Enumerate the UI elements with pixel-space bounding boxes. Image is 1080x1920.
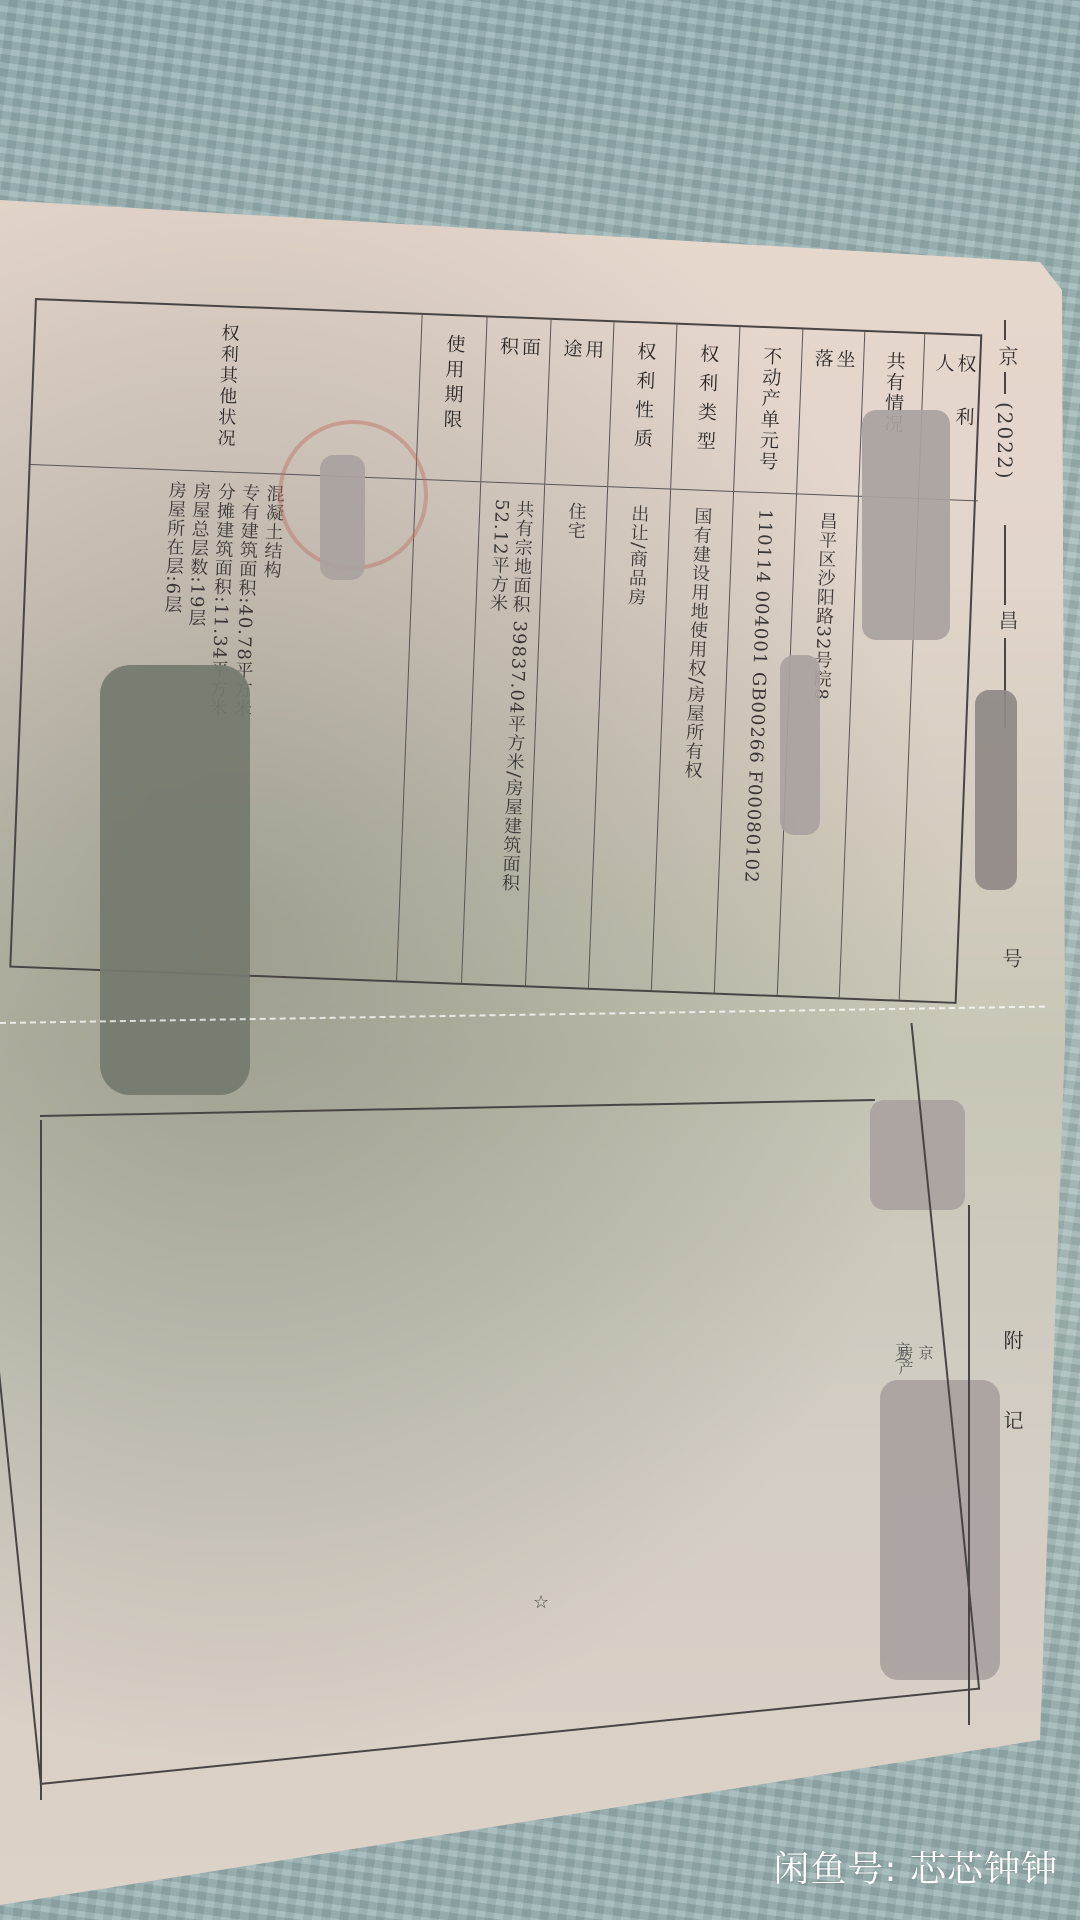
underline <box>1004 525 1006 605</box>
mosaic-redaction <box>862 410 950 640</box>
row-label: 权利其他状况 <box>213 323 239 454</box>
mosaic-redaction <box>100 665 250 1095</box>
row-value: 110114 004001 GB00266 F00080102 <box>739 509 776 884</box>
number-suffix: 号 <box>997 948 1026 970</box>
row-label: 权利类型 <box>692 343 718 460</box>
underline <box>1004 372 1006 394</box>
underline <box>1004 320 1006 340</box>
row-value: 出让/商品房 <box>623 504 649 607</box>
attached-notes-frame <box>0 1023 980 1785</box>
attached-notes-text: 京( <box>892 1342 912 1363</box>
row-value: 共有宗地面积 39837.04平方米/房屋建筑面积 52.12平方米 <box>474 499 535 920</box>
row-label: 坐落 <box>806 348 855 496</box>
row-value: 国有建设用地使用权/房屋所有权 <box>680 506 713 780</box>
attached-notes-title: 附记 <box>1000 1330 1023 1494</box>
row-label: 面积 <box>491 336 540 484</box>
row-label: 使用期限 <box>439 334 465 435</box>
mosaic-redaction <box>320 455 365 580</box>
watermark: 闲鱼号: 芯芯钟钟 <box>773 1841 1058 1892</box>
attached-notes-text: 京 <box>915 1345 935 1360</box>
row-label: 权利性质 <box>629 341 655 458</box>
mosaic-redaction <box>780 655 820 835</box>
row-value: 住宅 <box>563 501 587 540</box>
district-abbr: 昌 <box>993 610 1022 632</box>
row-label: 不动产单元号 <box>755 346 782 473</box>
frame-right-edge <box>968 1205 970 1725</box>
province-abbr: 京 <box>993 346 1022 368</box>
frame-left-edge <box>40 1120 42 1800</box>
star-icon: ☆ <box>533 1592 549 1613</box>
certificate-year: (2022) <box>993 402 1017 481</box>
mosaic-redaction <box>975 690 1017 890</box>
row-label: 用途 <box>554 338 603 486</box>
